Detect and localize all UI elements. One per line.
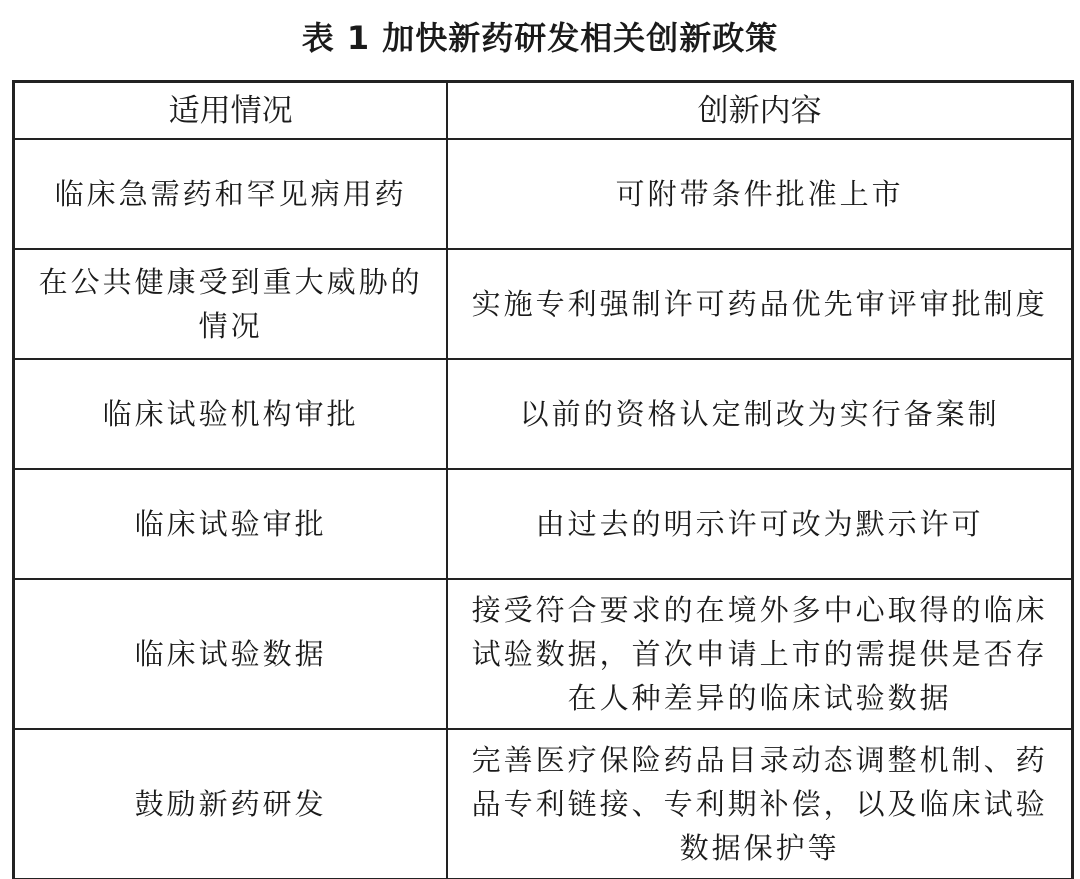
table-row: 鼓励新药研发 完善医疗保险药品目录动态调整机制、药品专利链接、专利期补偿，以及临… — [14, 729, 1073, 879]
policy-table: 适用情况 创新内容 临床急需药和罕见病用药 可附带条件批准上市 在公共健康受到重… — [12, 80, 1074, 879]
situation-cell: 在公共健康受到重大威胁的情况 — [14, 249, 448, 359]
situation-cell: 临床试验审批 — [14, 469, 448, 579]
situation-cell: 临床试验数据 — [14, 579, 448, 729]
header-row: 适用情况 创新内容 — [14, 82, 1073, 140]
table-row: 临床试验审批 由过去的明示许可改为默示许可 — [14, 469, 1073, 579]
situation-cell: 鼓励新药研发 — [14, 729, 448, 879]
situation-cell: 临床试验机构审批 — [14, 359, 448, 469]
column-header-content: 创新内容 — [447, 82, 1072, 140]
content-cell: 可附带条件批准上市 — [447, 139, 1072, 249]
situation-cell: 临床急需药和罕见病用药 — [14, 139, 448, 249]
table-row: 临床试验数据 接受符合要求的在境外多中心取得的临床试验数据，首次申请上市的需提供… — [14, 579, 1073, 729]
table-row: 在公共健康受到重大威胁的情况 实施专利强制许可药品优先审评审批制度 — [14, 249, 1073, 359]
content-cell: 接受符合要求的在境外多中心取得的临床试验数据，首次申请上市的需提供是否存在人种差… — [447, 579, 1072, 729]
content-cell: 由过去的明示许可改为默示许可 — [447, 469, 1072, 579]
content-cell: 以前的资格认定制改为实行备案制 — [447, 359, 1072, 469]
table-title: 表 1 加快新药研发相关创新政策 — [0, 18, 1080, 58]
content-cell: 完善医疗保险药品目录动态调整机制、药品专利链接、专利期补偿，以及临床试验数据保护… — [447, 729, 1072, 879]
table-row: 临床急需药和罕见病用药 可附带条件批准上市 — [14, 139, 1073, 249]
table-row: 临床试验机构审批 以前的资格认定制改为实行备案制 — [14, 359, 1073, 469]
column-header-situation: 适用情况 — [14, 82, 448, 140]
content-cell: 实施专利强制许可药品优先审评审批制度 — [447, 249, 1072, 359]
